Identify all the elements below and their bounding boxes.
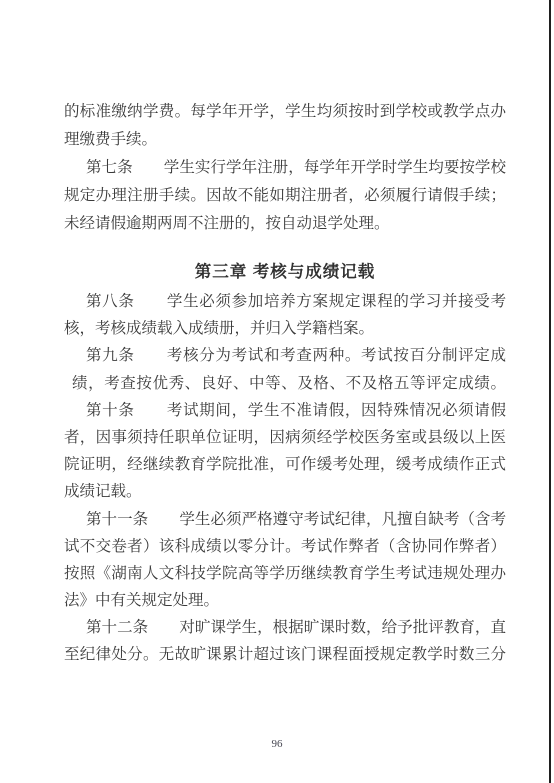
body-line: 第十一条 学生必须严格遵守考试纪律，凡擅自缺考（含考 [64, 506, 506, 533]
body-line: 的标准缴纳学费。每学年开学，学生均须按时到学校或教学点办 [64, 98, 506, 126]
body-line: 理缴费手续。 [64, 126, 506, 154]
body-line: 规定办理注册手续。因故不能如期注册者，必须履行请假手续； [64, 182, 506, 210]
body-line: 第八条 学生必须参加培养方案规定课程的学习并接受考 [64, 288, 506, 315]
body-line: 者，因事须持任职单位证明，因病须经学校医务室或县级以上医 [64, 424, 506, 451]
body-text: 的标准缴纳学费。每学年开学，学生均须按时到学校或教学点办 理缴费手续。 第七条 … [64, 98, 506, 669]
body-line: 院证明，经继续教育学院批准，可作缓考处理，缓考成绩作正式 [64, 451, 506, 478]
body-line: 第十二条 对旷课学生，根据旷课时数，给予批评教育，直 [64, 614, 506, 641]
body-line: 试不交卷者）该科成绩以零分计。考试作弊者（含协同作弊者） [64, 533, 506, 560]
body-line: 第十条 考试期间，学生不准请假，因特殊情况必须请假 [64, 397, 506, 424]
body-line: 法》中有关规定处理。 [64, 587, 506, 614]
document-page: 的标准缴纳学费。每学年开学，学生均须按时到学校或教学点办 理缴费手续。 第七条 … [0, 0, 554, 783]
body-line: 至纪律处分。无故旷课累计超过该门课程面授规定教学时数三分 [64, 641, 506, 668]
body-line: 核，考核成绩载入成绩册，并归入学籍档案。 [64, 315, 506, 342]
page-number: 96 [0, 738, 554, 750]
body-line: 绩，考查按优秀、良好、中等、及格、不及格五等评定成绩。 [64, 370, 506, 397]
body-line: 第九条 考核分为考试和考查两种。考试按百分制评定成 [64, 342, 506, 369]
body-line: 成绩记载。 [64, 478, 506, 505]
chapter-heading: 第三章 考核与成绩记载 [64, 258, 506, 286]
scan-edge-line [549, 0, 551, 783]
body-line: 第七条 学生实行学年注册，每学年开学时学生均要按学校 [64, 154, 506, 182]
body-line: 未经请假逾期两周不注册的，按自动退学处理。 [64, 210, 506, 238]
body-line: 按照《湖南人文科技学院高等学历继续教育学生考试违规处理办 [64, 560, 506, 587]
